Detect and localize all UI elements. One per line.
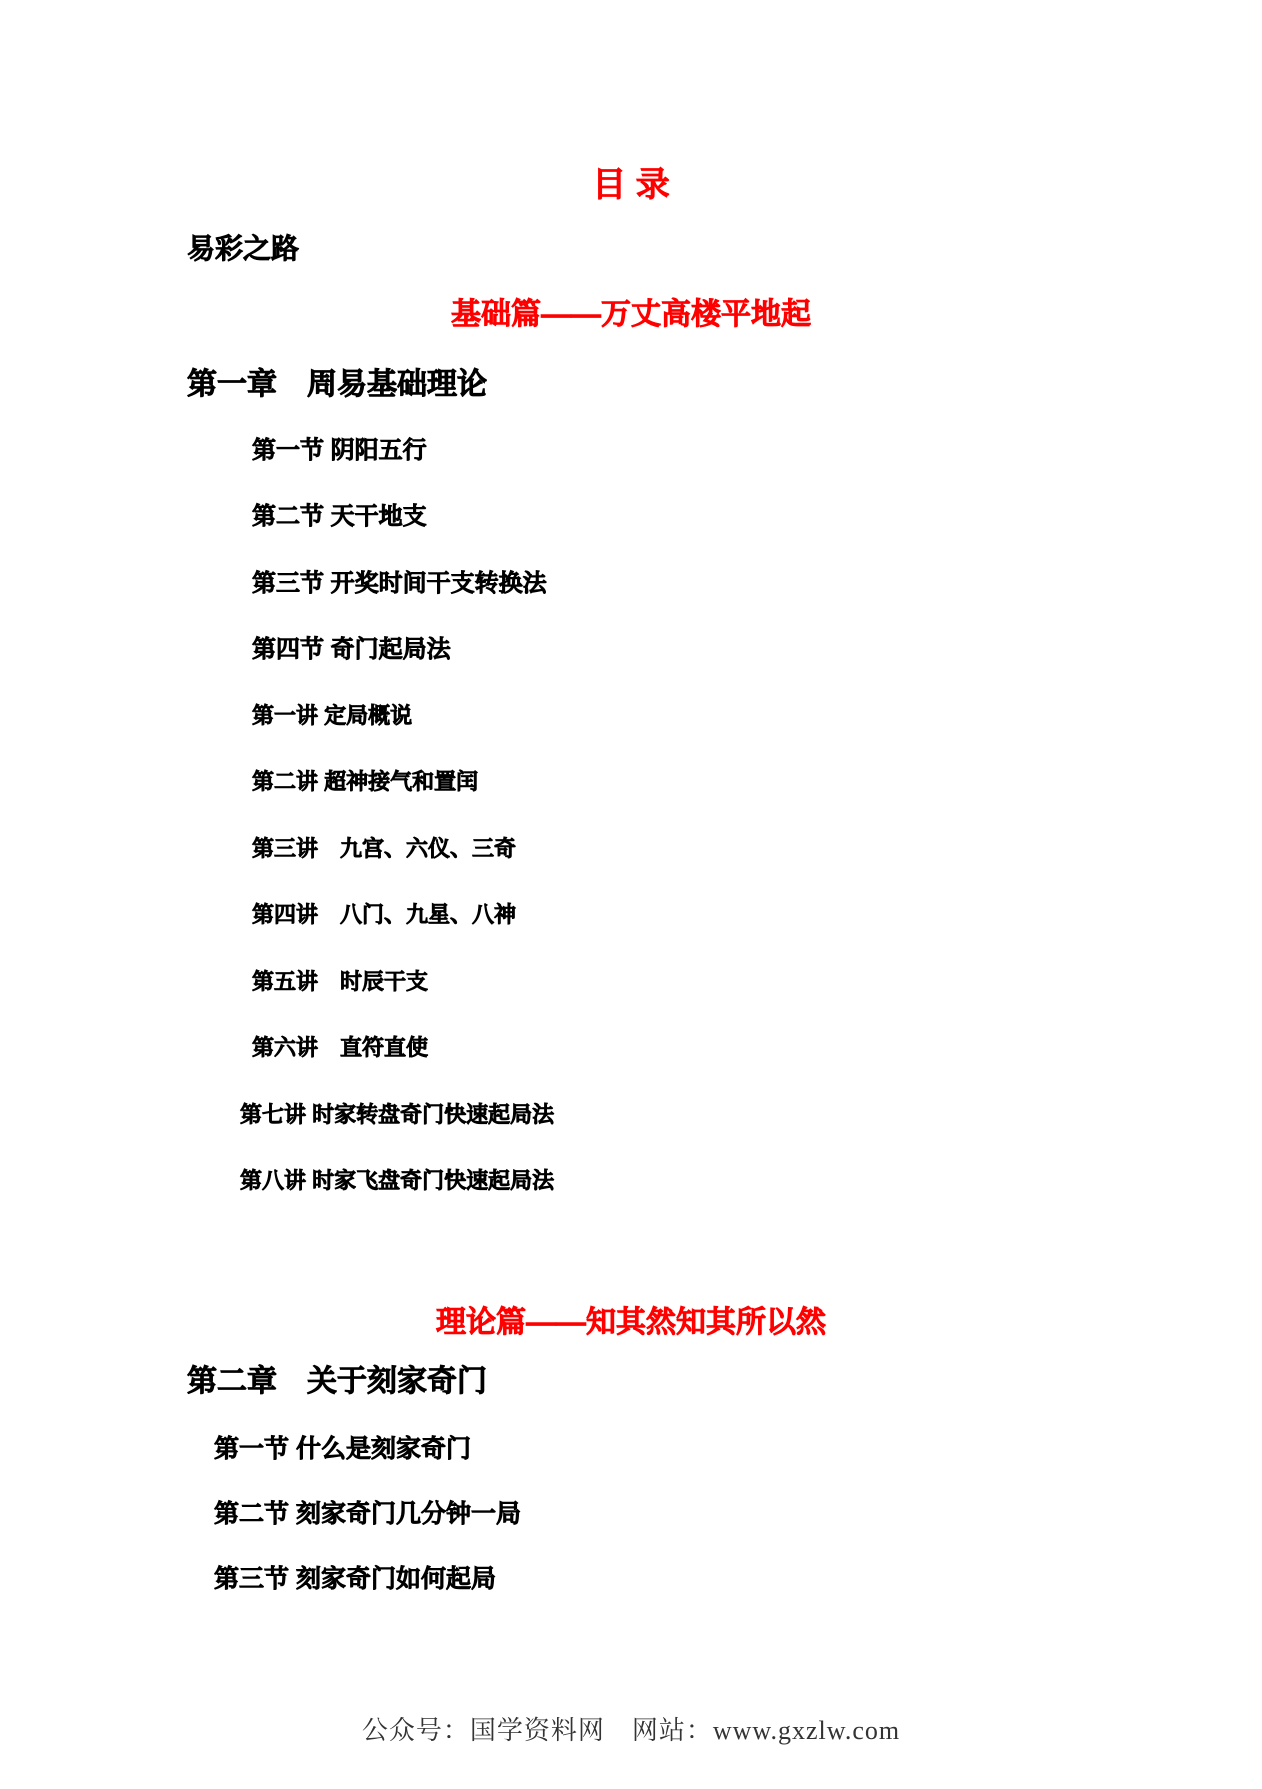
toc-entry: 第六讲 直符直使 [252, 1035, 428, 1060]
chapter-1-heading: 第一章 周易基础理论 [187, 368, 487, 403]
toc-entry: 第四节 奇门起局法 [252, 636, 451, 664]
toc-entry: 第一节 什么是刻家奇门 [214, 1435, 471, 1464]
part-heading-theory: 理论篇——知其然知其所以然 [0, 1306, 1262, 1341]
toc-title: 目 录 [0, 166, 1262, 205]
toc-entry: 第四讲 八门、九星、八神 [252, 902, 516, 927]
toc-entry: 第一讲 定局概说 [252, 703, 412, 728]
book-title: 易彩之路 [187, 233, 299, 265]
toc-entry: 第三讲 九宫、六仪、三奇 [252, 836, 516, 861]
toc-entry: 第八讲 时家飞盘奇门快速起局法 [240, 1168, 554, 1193]
part-heading-basics: 基础篇——万丈高楼平地起 [0, 298, 1262, 333]
toc-entry: 第二节 天干地支 [252, 503, 427, 531]
toc-entry: 第三节 开奖时间干支转换法 [252, 570, 547, 598]
toc-entry: 第二节 刻家奇门几分钟一局 [214, 1500, 521, 1529]
document-page: 目 录 易彩之路 基础篇——万丈高楼平地起 第一章 周易基础理论 第一节 阴阳五… [0, 0, 1262, 1789]
page-footer: 公众号：国学资料网 网站：www.gxzlw.com [0, 1716, 1262, 1746]
toc-entry: 第三节 刻家奇门如何起局 [214, 1565, 496, 1594]
toc-entry: 第一节 阴阳五行 [252, 437, 427, 465]
chapter-2-heading: 第二章 关于刻家奇门 [187, 1365, 487, 1400]
toc-entry: 第七讲 时家转盘奇门快速起局法 [240, 1102, 554, 1127]
toc-entry: 第五讲 时辰干支 [252, 969, 428, 994]
toc-entry: 第二讲 超神接气和置闰 [252, 769, 478, 794]
